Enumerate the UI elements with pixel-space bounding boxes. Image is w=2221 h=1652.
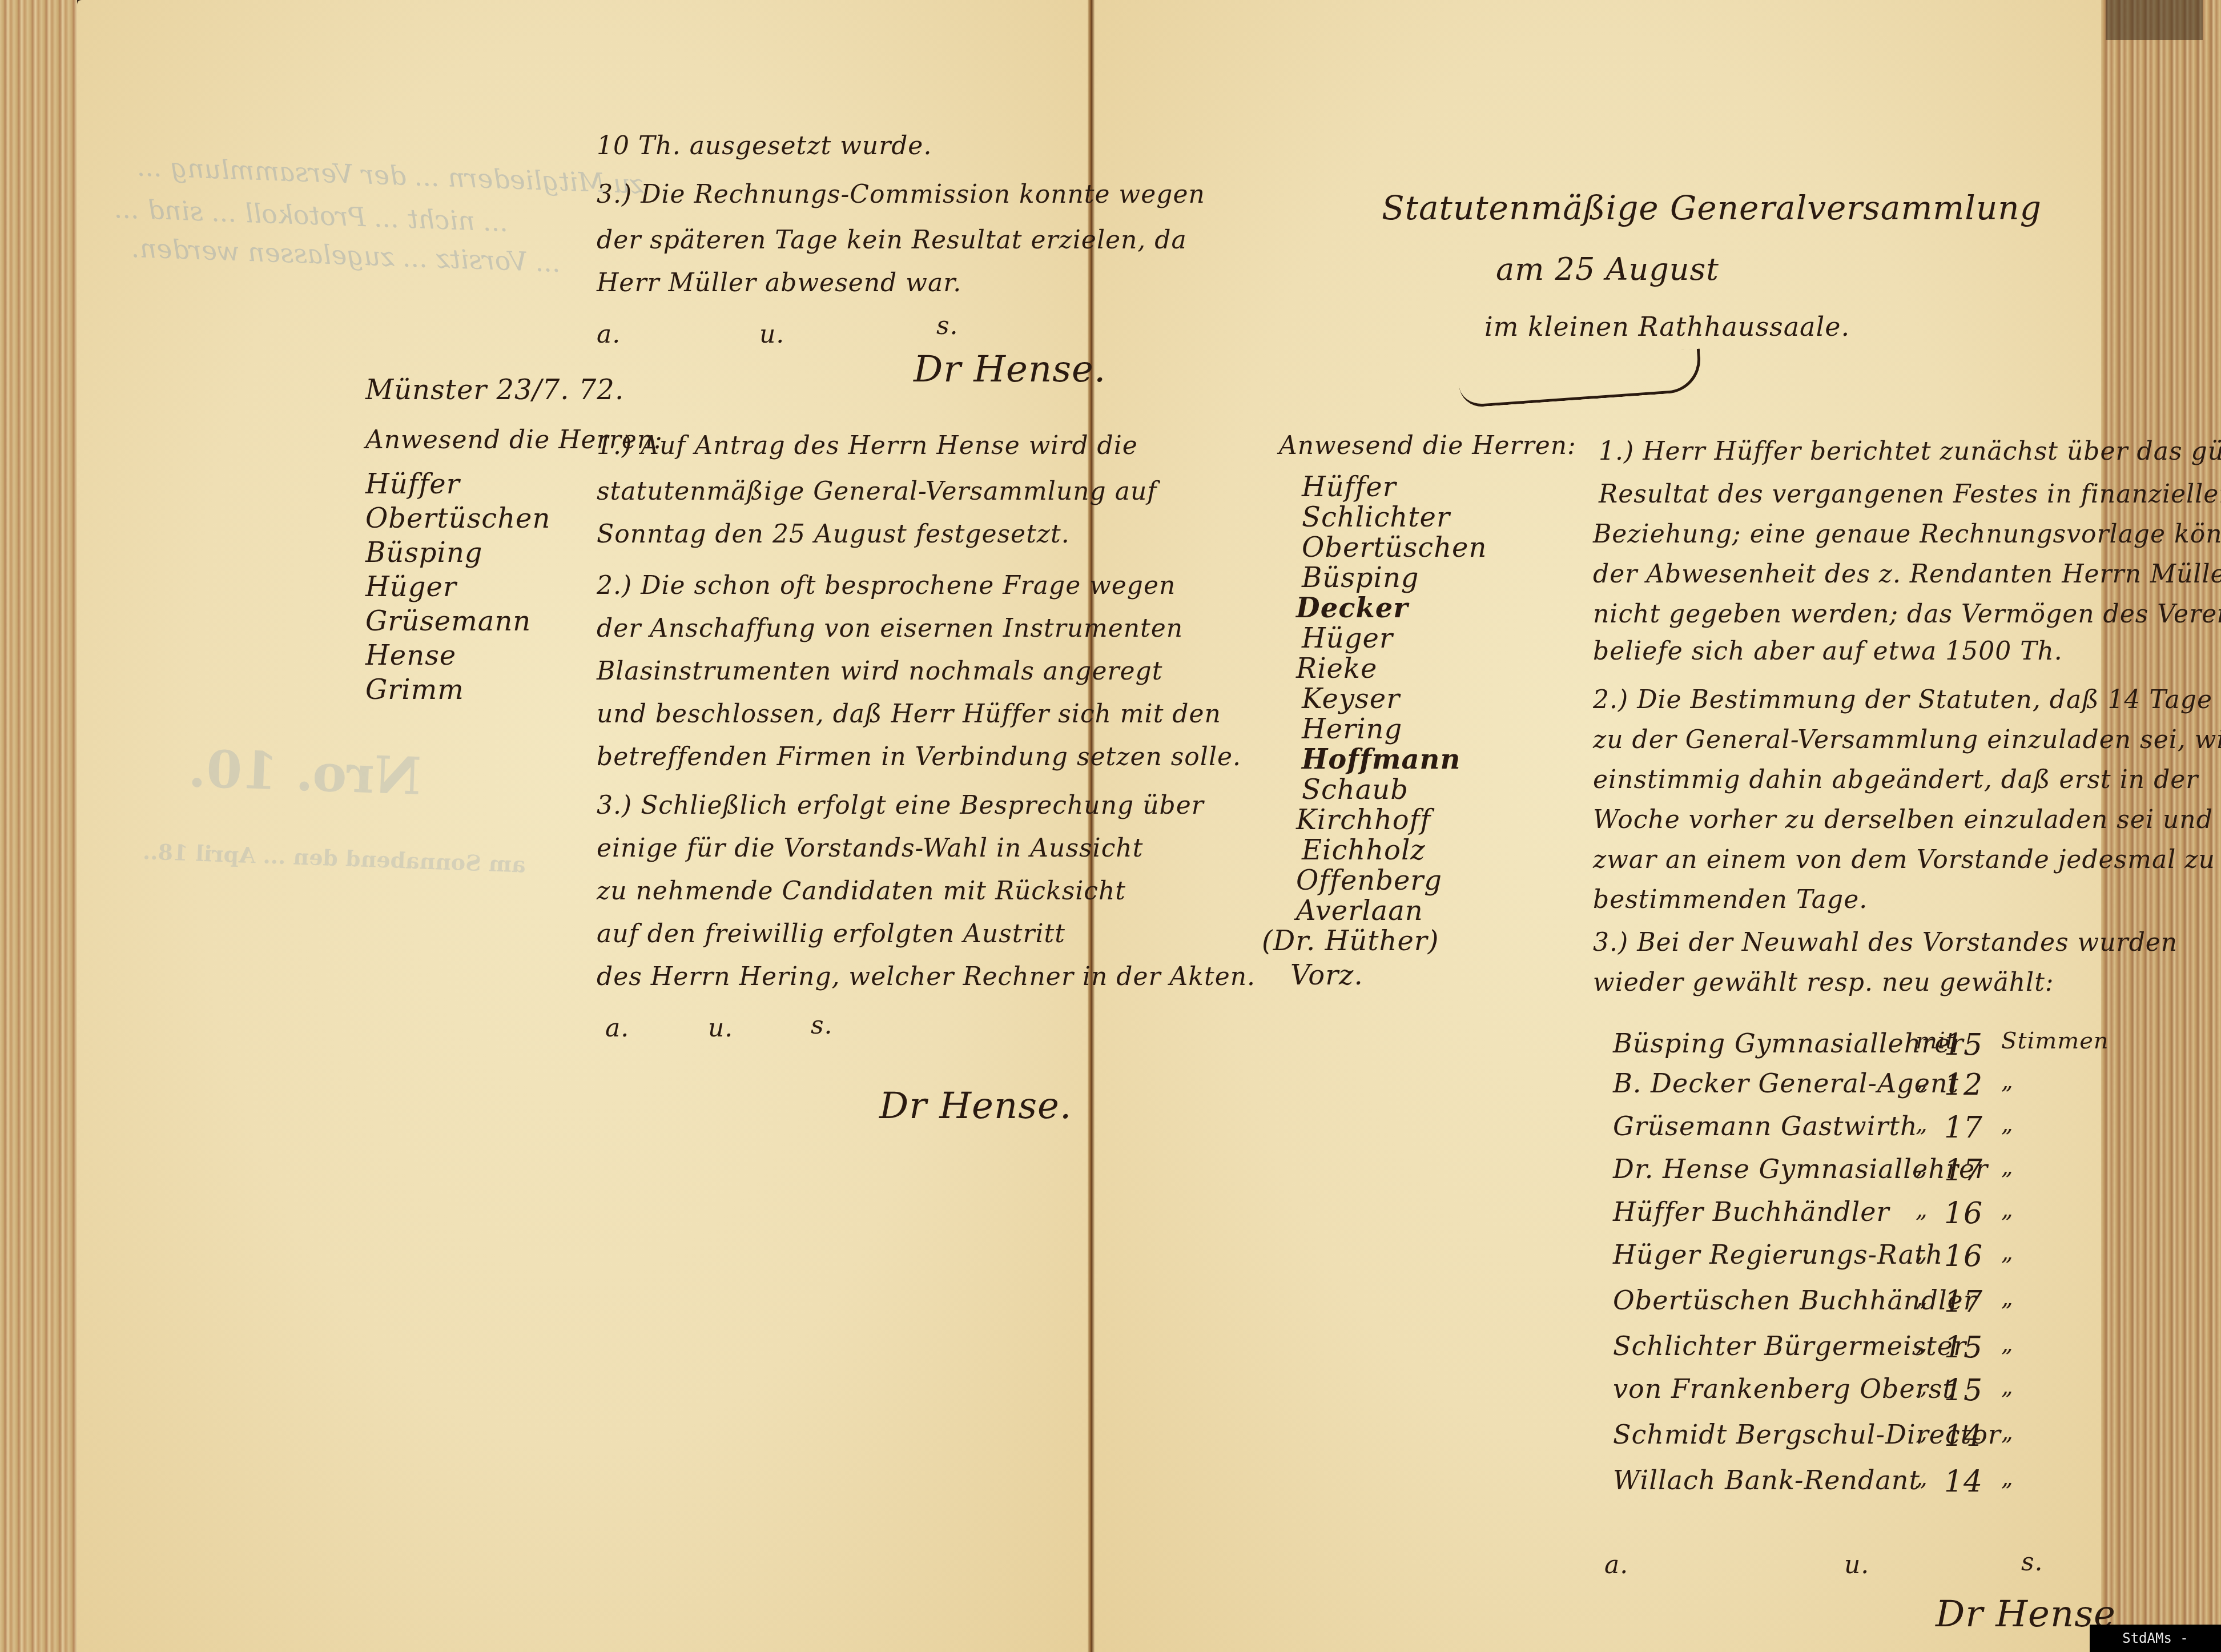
item-line: Beziehung; eine genaue Rechnungsvorlage … [1593,520,2221,549]
candidate: Dr. Hense Gymnasiallehrer [1613,1153,1988,1184]
signature: Dr Hense. [879,1085,1072,1127]
election-result-row: Obertüschen Buchhändler „ 17 „ [1613,1285,2115,1319]
election-result-row: Hüffer Buchhändler „ 16 „ [1613,1196,2115,1231]
attendee: Hüffer [365,468,460,500]
ditto: „ [1916,1285,1928,1311]
item-line: der Abwesenheit des z. Rendanten Herrn M… [1593,560,2221,589]
attendee: (Dr. Hüther) [1262,925,1439,957]
vote-count: 15 [1944,1331,1983,1365]
attendee: Hüffer [1302,471,1397,503]
page-title: Statutenmäßige Generalversammlung [1382,188,2042,227]
aus-s: s. [936,311,959,340]
attendee: Rieke [1296,653,1377,685]
candidate: Grüsemann Gastwirth [1613,1111,1918,1141]
vote-unit: „ [2001,1111,2014,1137]
spine-label [2106,0,2203,40]
attendee: Obertüschen [365,503,550,534]
election-result-row: Büsping Gymnasiallehrer mit 15 Stimmen [1613,1028,2115,1062]
candidate: Hüger Regierungs-Rath [1613,1239,1943,1270]
ditto: „ [1916,1331,1928,1357]
item-line: des Herrn Hering, welcher Rechner in der… [597,962,1256,991]
aus-a: a. [605,1014,629,1043]
item-line: 3.) Bei der Neuwahl des Vorstandes wurde… [1593,928,2178,957]
aus-s: s. [811,1011,833,1040]
ditto: „ [1916,1068,1928,1094]
item-line: 1.) Auf Antrag des Herrn Hense wird die [597,431,1138,460]
attendee: Vorz. [1290,959,1363,991]
attendee: Büsping [365,537,483,569]
ditto: „ [1916,1196,1928,1223]
left-page-edges [0,0,77,1652]
attendee: Grüsemann [365,605,531,637]
attendee: Obertüschen [1302,532,1487,564]
item-line: zwar an einem von dem Vorstande jedesmal… [1593,845,2215,874]
item-line: 3.) Schließlich erfolgt eine Besprechung… [597,791,1204,820]
item-line: Woche vorher zu derselben einzuladen sei… [1593,805,2213,834]
meeting-date: am 25 August [1496,251,1719,287]
vote-count: 17 [1944,1153,1983,1188]
signature: Dr Hense [1936,1593,2116,1635]
vote-unit: „ [2001,1196,2014,1223]
election-result-row: Schlichter Bürgermeister „ 15 „ [1613,1331,2115,1365]
election-result-row: B. Decker General-Agent „ 12 „ [1613,1068,2115,1102]
attendee: Hense [365,640,456,672]
item-line: Sonntag den 25 August festgesetzt. [597,520,1070,549]
item-line: und beschlossen, daß Herr Hüffer sich mi… [597,700,1221,729]
attendee: Grimm [365,674,464,706]
item-line: beliefe sich aber auf etwa 1500 Th. [1593,637,2063,666]
vote-unit: Stimmen [2001,1028,2109,1054]
attendee: Averlaan [1296,895,1423,927]
ditto: „ [1916,1239,1928,1265]
aus-u: u. [708,1014,733,1043]
aus-a: a. [1604,1550,1628,1579]
vote-count: 14 [1944,1465,1983,1499]
attendee: Keyser [1302,683,1400,715]
candidate: von Frankenberg Oberst [1613,1373,1954,1404]
aus-s: s. [2021,1548,2043,1577]
item-line: Herr Müller abwesend war. [597,268,961,298]
item-line: Blasinstrumenten wird nochmals angeregt [597,657,1162,686]
item-line: 2.) Die schon oft besprochene Frage wege… [597,571,1176,600]
vote-count: 14 [1944,1419,1983,1453]
ditto: „ [1916,1153,1928,1180]
item-line: bestimmenden Tage. [1593,885,1868,914]
vote-unit: „ [2001,1331,2014,1357]
election-result-row: Hüger Regierungs-Rath „ 16 „ [1613,1239,2115,1273]
item-line: auf den freiwillig erfolgten Austritt [597,919,1065,948]
ditto: „ [1916,1419,1928,1445]
candidate: Willach Bank-Rendant [1613,1465,1920,1496]
election-result-row: Schmidt Bergschul-Director „ 14 „ [1613,1419,2115,1453]
attendee: Hüger [1302,622,1393,654]
vote-unit: „ [2001,1285,2014,1311]
vote-unit: „ [2001,1153,2014,1180]
election-result-row: von Frankenberg Oberst „ 15 „ [1613,1373,2115,1408]
item-line: zu der General-Versammlung einzuladen se… [1593,725,2221,754]
vote-count: 15 [1944,1373,1983,1408]
item-line: 3.) Die Rechnungs-Commission konnte wege… [597,180,1205,209]
bleed-through-print: Nro. 10. [187,738,422,807]
attendee: Hüger [365,571,457,603]
present-label: Anwesend die Herren: [1279,431,1576,460]
book-spread: zu Mitgliedern ... der Versammlung ... .… [0,0,2221,1652]
item-line: einige für die Vorstands-Wahl in Aussich… [597,834,1143,863]
archive-label: StdAMs - MV_002a_194 [2090,1625,2221,1652]
meeting-place: im kleinen Rathhaussaale. [1484,311,1850,342]
ditto: „ [1916,1373,1928,1400]
item-line: der späteren Tage kein Resultat erzielen… [597,226,1187,255]
item-line: der Anschaffung von eisernen Instrumente… [597,614,1183,643]
meeting-date: Münster 23/7. 72. [365,374,624,406]
election-result-row: Willach Bank-Rendant „ 14 „ [1613,1465,2115,1499]
attendee: Schlichter [1302,501,1450,533]
vote-count: 16 [1944,1196,1983,1231]
vote-unit: „ [2001,1465,2014,1491]
vote-unit: „ [2001,1373,2014,1400]
candidate: Büsping Gymnasiallehrer [1613,1028,1964,1059]
attendee: Büsping [1302,562,1419,594]
attendee: Eichholz [1302,834,1426,866]
candidate: Hüffer Buchhändler [1613,1196,1890,1227]
vote-count: 16 [1944,1239,1983,1273]
candidate: Schlichter Bürgermeister [1613,1331,1966,1361]
continuation-line: 10 Th. ausgesetzt wurde. [597,131,932,160]
item-line: einstimmig dahin abgeändert, daß erst in… [1593,765,2198,794]
vote-count: 17 [1944,1111,1983,1145]
vote-count: 12 [1944,1068,1983,1102]
attendee: Hering [1302,713,1402,745]
item-line: statutenmäßige General-Versammlung auf [597,477,1157,506]
attendee: Hoffmann [1302,743,1460,775]
item-line: nicht gegeben werden; das Vermögen des V… [1593,600,2221,629]
attendee: Schaub [1302,774,1409,806]
aus-a: a. [597,320,621,349]
item-line: wieder gewählt resp. neu gewählt: [1593,968,2054,997]
vote-count: 15 [1944,1028,1983,1062]
vote-count: 17 [1944,1285,1983,1319]
item-line: 2.) Die Bestimmung der Statuten, daß 14 … [1593,685,2221,714]
item-line: 1.) Herr Hüffer berichtet zunächst über … [1599,437,2221,466]
candidate: B. Decker General-Agent [1613,1068,1959,1099]
attendee: Decker [1296,592,1408,624]
signature: Dr Hense. [914,348,1106,391]
ditto: „ [1916,1465,1928,1491]
attendee: Offenberg [1296,865,1442,897]
election-result-row: Dr. Hense Gymnasiallehrer „ 17 „ [1613,1153,2115,1188]
aus-u: u. [759,320,784,349]
ditto: „ [1916,1111,1928,1137]
item-line: betreffenden Firmen in Verbindung setzen… [597,742,1241,771]
vote-unit: „ [2001,1419,2014,1445]
item-line: zu nehmende Candidaten mit Rücksicht [597,877,1126,906]
aus-u: u. [1844,1550,1869,1579]
vote-unit: „ [2001,1239,2014,1265]
candidate: Schmidt Bergschul-Director [1613,1419,2001,1450]
item-line: Resultat des vergangenen Festes in finan… [1599,480,2221,509]
attendee: Kirchhoff [1296,804,1431,836]
election-result-row: Grüsemann Gastwirth „ 17 „ [1613,1111,2115,1145]
vote-unit: „ [2001,1068,2014,1094]
